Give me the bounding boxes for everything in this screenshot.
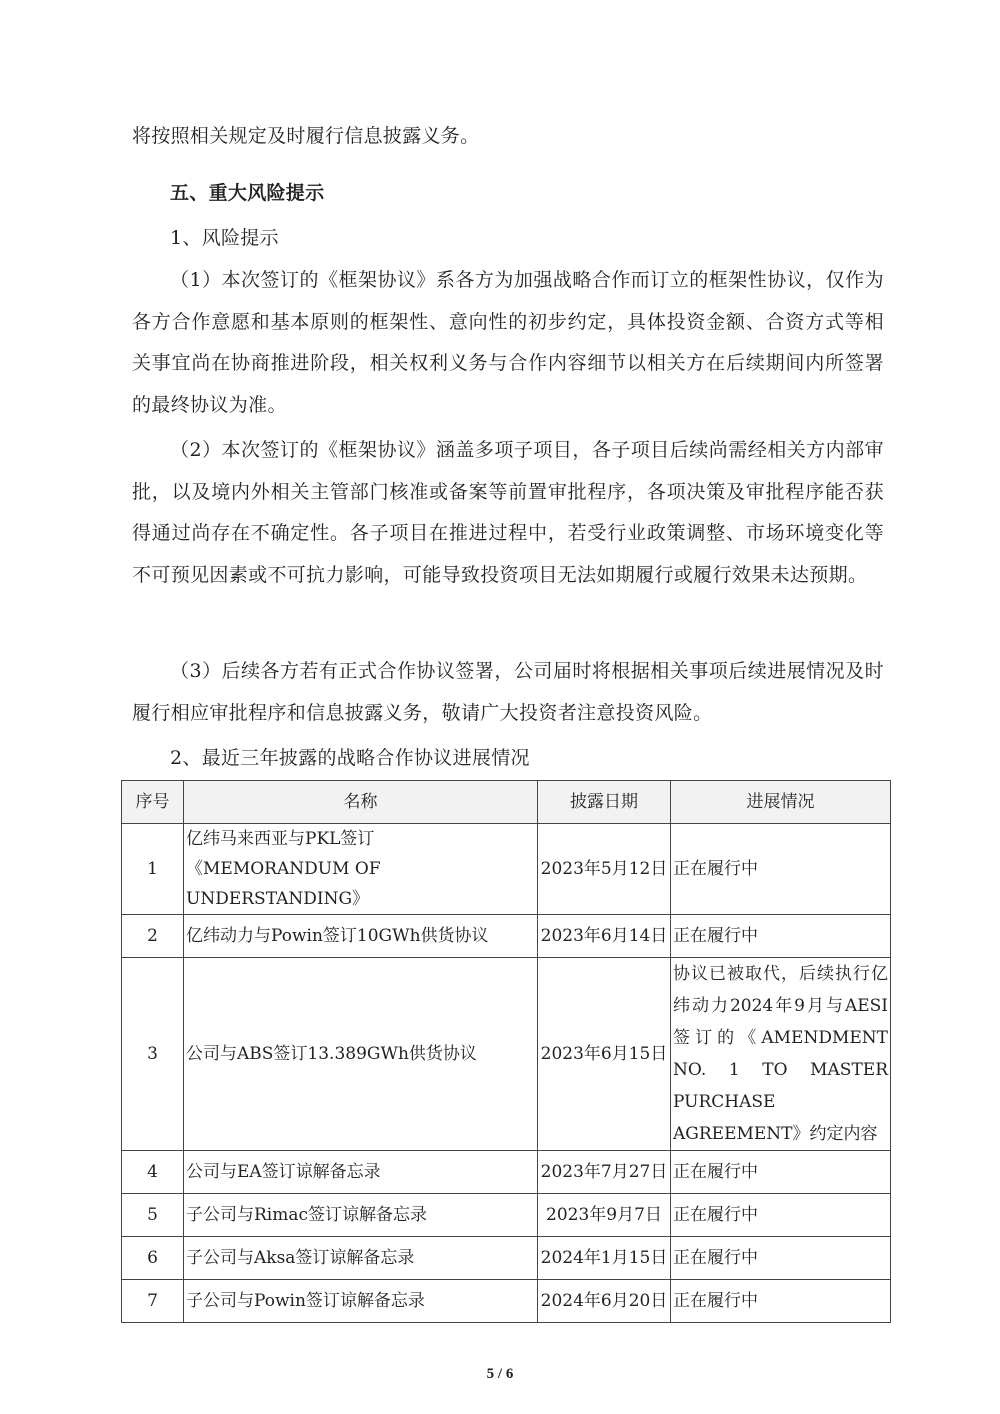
cell-name: 子公司与Aksa签订谅解备忘录 [184, 1237, 538, 1280]
cell-date: 2024年6月20日 [538, 1280, 671, 1323]
cell-date: 2023年6月15日 [538, 958, 671, 1151]
table-header-row: 序号 名称 披露日期 进展情况 [122, 781, 891, 824]
cell-date: 2023年7月27日 [538, 1151, 671, 1194]
subsection-2-title: 2、最近三年披露的战略合作协议进展情况 [170, 746, 530, 770]
cell-date: 2024年1月15日 [538, 1237, 671, 1280]
table-row: 6 子公司与Aksa签订谅解备忘录 2024年1月15日 正在履行中 [122, 1237, 891, 1280]
cell-index: 3 [122, 958, 184, 1151]
cell-name: 亿纬马来西亚与PKL签订《MEMORANDUM OF UNDERSTANDING… [184, 824, 538, 915]
subsection-1-title: 1、风险提示 [170, 226, 279, 250]
cell-index: 2 [122, 915, 184, 958]
table-row: 1 亿纬马来西亚与PKL签订《MEMORANDUM OF UNDERSTANDI… [122, 824, 891, 915]
intro-tail-text: 将按照相关规定及时履行信息披露义务。 [132, 124, 479, 148]
cell-date: 2023年9月7日 [538, 1194, 671, 1237]
table-row: 4 公司与EA签订谅解备忘录 2023年7月27日 正在履行中 [122, 1151, 891, 1194]
cell-name: 公司与ABS签订13.389GWh供货协议 [184, 958, 538, 1151]
header-name: 名称 [184, 781, 538, 824]
header-index: 序号 [122, 781, 184, 824]
document-page: 将按照相关规定及时履行信息披露义务。 五、重大风险提示 1、风险提示 （1）本次… [0, 0, 1000, 1414]
header-status: 进展情况 [671, 781, 891, 824]
cell-status: 正在履行中 [671, 1237, 891, 1280]
cell-status: 正在履行中 [671, 1280, 891, 1323]
cell-status: 正在履行中 [671, 1151, 891, 1194]
table-row: 2 亿纬动力与Powin签订10GWh供货协议 2023年6月14日 正在履行中 [122, 915, 891, 958]
risk-paragraph-2: （2）本次签订的《框架协议》涵盖多项子项目，各子项目后续尚需经相关方内部审批，以… [132, 430, 884, 596]
cell-name: 公司与EA签订谅解备忘录 [184, 1151, 538, 1194]
table-row: 5 子公司与Rimac签订谅解备忘录 2023年9月7日 正在履行中 [122, 1194, 891, 1237]
cell-index: 1 [122, 824, 184, 915]
cell-status: 正在履行中 [671, 824, 891, 915]
cell-index: 6 [122, 1237, 184, 1280]
header-date: 披露日期 [538, 781, 671, 824]
cell-name: 亿纬动力与Powin签订10GWh供货协议 [184, 915, 538, 958]
risk-paragraph-1: （1）本次签订的《框架协议》系各方为加强战略合作而订立的框架性协议，仅作为各方合… [132, 260, 884, 426]
cell-status: 正在履行中 [671, 1194, 891, 1237]
section-heading: 五、重大风险提示 [170, 181, 324, 205]
cell-date: 2023年5月12日 [538, 824, 671, 915]
risk-paragraph-3: （3）后续各方若有正式合作协议签署，公司届时将根据相关事项后续进展情况及时履行相… [132, 651, 884, 734]
agreement-progress-table: 序号 名称 披露日期 进展情况 1 亿纬马来西亚与PKL签订《MEMORANDU… [121, 780, 891, 1323]
cell-index: 7 [122, 1280, 184, 1323]
page-number: 5 / 6 [0, 1366, 1000, 1383]
cell-status: 正在履行中 [671, 915, 891, 958]
cell-index: 4 [122, 1151, 184, 1194]
cell-status: 协议已被取代，后续执行亿纬动力2024年9月与AESI签订的《AMENDMENT… [671, 958, 891, 1151]
cell-name: 子公司与Powin签订谅解备忘录 [184, 1280, 538, 1323]
table-row: 7 子公司与Powin签订谅解备忘录 2024年6月20日 正在履行中 [122, 1280, 891, 1323]
cell-date: 2023年6月14日 [538, 915, 671, 958]
cell-name: 子公司与Rimac签订谅解备忘录 [184, 1194, 538, 1237]
cell-index: 5 [122, 1194, 184, 1237]
table-row: 3 公司与ABS签订13.389GWh供货协议 2023年6月15日 协议已被取… [122, 958, 891, 1151]
